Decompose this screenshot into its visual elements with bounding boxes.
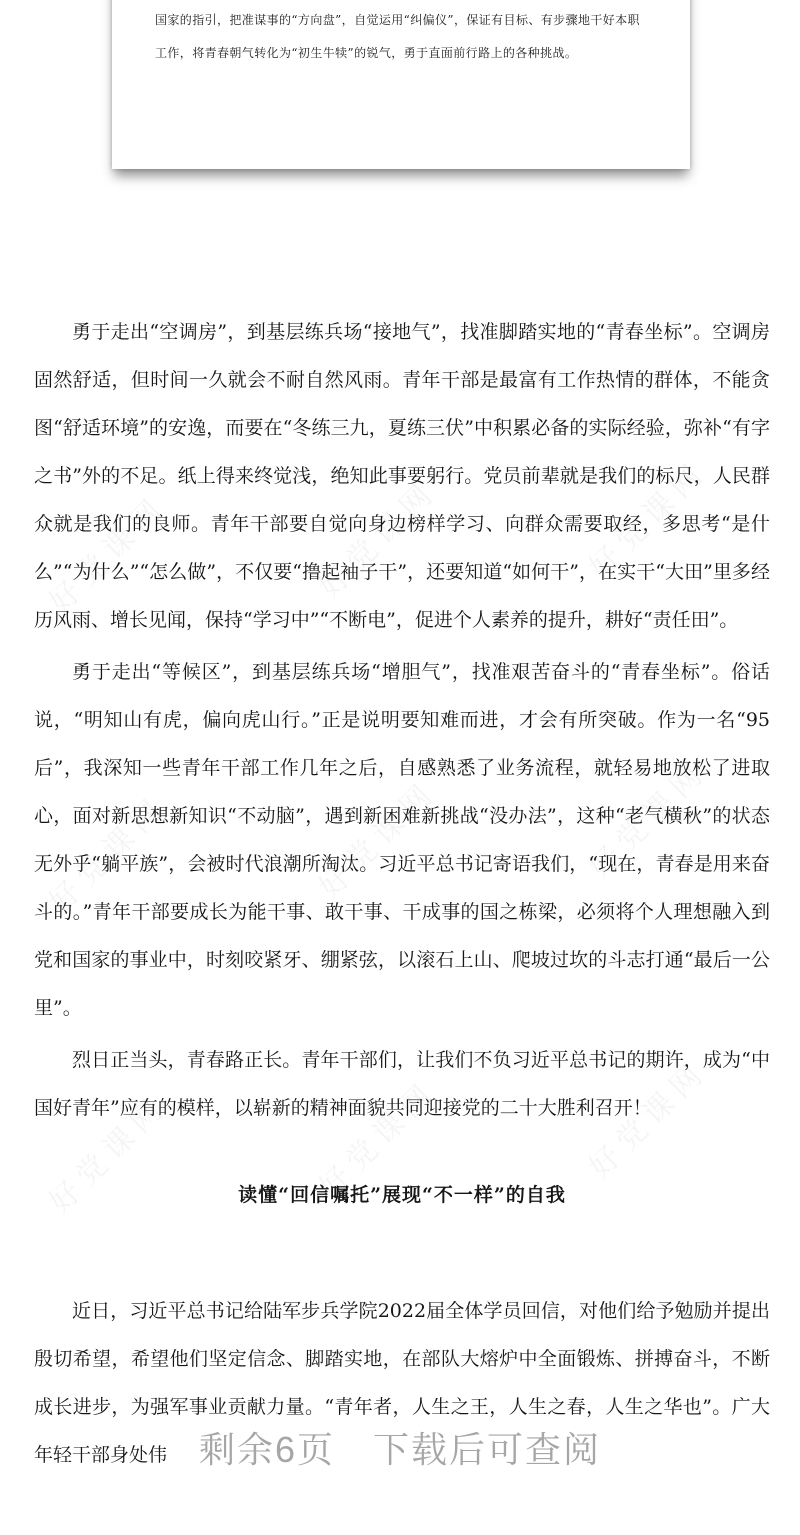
- paragraph: 勇于走出“等候区”，到基层练兵场“增胆气”，找准艰苦奋斗的“青春坐标”。俗话说，…: [34, 648, 770, 1032]
- remaining-pages-notice: 剩余6页下载后可查阅: [0, 1428, 800, 1472]
- download-hint: 下载后可查阅: [373, 1429, 601, 1470]
- section-heading: 读懂“回信嘱托”展现“不一样”的自我: [34, 1171, 770, 1219]
- page-preview-card[interactable]: 国家的指引，把准谋事的“方向盘”，自觉运用“纠偏仪”，保证有目标、有步骤地干好本…: [112, 0, 690, 169]
- preview-line: 国家的指引，把准谋事的“方向盘”，自觉运用“纠偏仪”，保证有目标、有步骤地干好本…: [155, 4, 647, 37]
- paragraph: 勇于走出“空调房”，到基层练兵场“接地气”，找准脚踏实地的“青春坐标”。空调房固…: [34, 308, 770, 644]
- preview-line: 工作，将青春朝气转化为“初生牛犊”的锐气，勇于直面前行路上的各种挑战。: [155, 37, 647, 70]
- paragraph: 烈日正当头，青春路正长。青年干部们，让我们不负习近平总书记的期许，成为“中国好青…: [34, 1036, 770, 1132]
- document-preview-page: { "preview_card": { "lines": [ "国家的指引，把准…: [0, 0, 800, 1535]
- remaining-pages-count: 剩余6页: [199, 1429, 335, 1470]
- document-body: 勇于走出“空调房”，到基层练兵场“接地气”，找准脚踏实地的“青春坐标”。空调房固…: [0, 308, 800, 1483]
